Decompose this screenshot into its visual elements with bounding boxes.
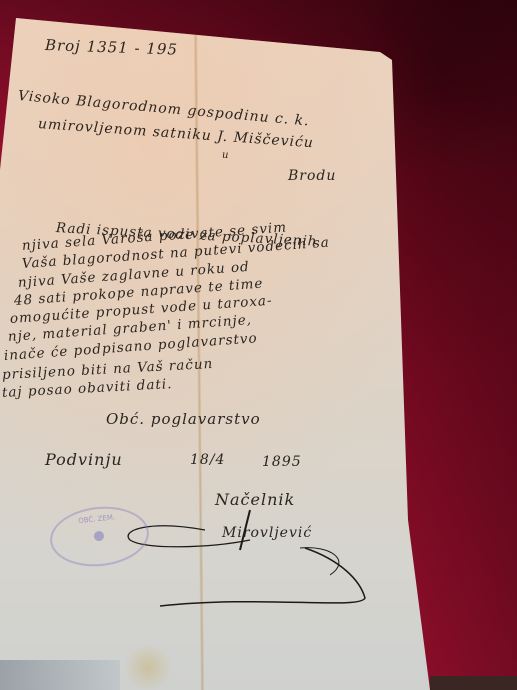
stamp-emblem-icon — [93, 531, 104, 542]
stamp-text: OBĆ. ZEM. — [78, 513, 116, 525]
floor-edge — [430, 676, 517, 690]
